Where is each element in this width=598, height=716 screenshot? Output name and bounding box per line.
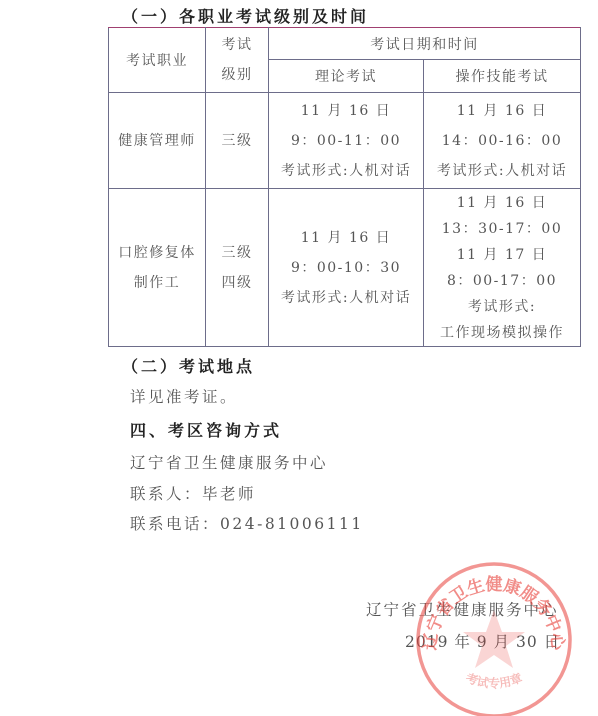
signature-date: 2019 年 9 月 30 日 (405, 630, 560, 652)
theory-cell: 11 月 16 日 9：00-10：30 考试形式:人机对话 (269, 189, 424, 347)
theory-time: 9：00-10：30 (269, 253, 423, 283)
practical-time: 13：30-17：00 (424, 216, 580, 242)
contact-phone: 联系电话：024-81006111 (130, 512, 364, 534)
practical-time: 8：00-17：00 (424, 268, 580, 294)
header-occupation: 考试职业 (109, 28, 206, 93)
theory-date: 11 月 16 日 (269, 223, 423, 253)
practical-format-value: 工作现场模拟操作 (424, 320, 580, 346)
practical-date: 11 月 16 日 (424, 96, 580, 126)
occupation-cell: 健康管理师 (109, 93, 206, 189)
svg-text:考试专用章: 考试专用章 (464, 670, 524, 691)
occupation-line: 口腔修复体 (109, 238, 205, 268)
practical-format-label: 考试形式: (424, 294, 580, 320)
theory-format: 考试形式:人机对话 (269, 156, 423, 186)
contact-person: 联系人：毕老师 (130, 482, 256, 504)
header-level: 考试 级别 (206, 28, 269, 93)
theory-date: 11 月 16 日 (269, 96, 423, 126)
practical-time: 14：00-16：00 (424, 126, 580, 156)
practical-cell: 11 月 16 日 14：00-16：00 考试形式:人机对话 (424, 93, 581, 189)
exam-schedule-table: 考试职业 考试 级别 考试日期和时间 理论考试 操作技能考试 健康管理师 三级 … (108, 27, 581, 347)
table-row: 口腔修复体 制作工 三级 四级 11 月 16 日 9：00-10：30 考试形… (109, 189, 581, 347)
occupation-line: 制作工 (109, 268, 205, 298)
practical-date: 11 月 16 日 (424, 190, 580, 216)
signature-org: 辽宁省卫生健康服务中心 (366, 598, 559, 620)
header-date-time: 考试日期和时间 (269, 28, 581, 60)
header-level-line1: 考试 (206, 30, 268, 60)
level-cell: 三级 (206, 93, 269, 189)
theory-time: 9：00-11：00 (269, 126, 423, 156)
occupation-cell: 口腔修复体 制作工 (109, 189, 206, 347)
level-line: 三级 (206, 126, 268, 156)
header-level-line2: 级别 (206, 60, 268, 90)
table-row: 健康管理师 三级 11 月 16 日 9：00-11：00 考试形式:人机对话 … (109, 93, 581, 189)
section-1-title: （一）各职业考试级别及时间 (122, 4, 369, 27)
header-theory: 理论考试 (269, 60, 424, 93)
level-line: 四级 (206, 268, 268, 298)
level-cell: 三级 四级 (206, 189, 269, 347)
theory-cell: 11 月 16 日 9：00-11：00 考试形式:人机对话 (269, 93, 424, 189)
theory-format: 考试形式:人机对话 (269, 283, 423, 313)
header-practical: 操作技能考试 (424, 60, 581, 93)
occupation-line: 健康管理师 (109, 126, 205, 156)
section-4-title: 四、考区咨询方式 (130, 418, 282, 441)
level-line: 三级 (206, 238, 268, 268)
section-2-body: 详见准考证。 (130, 385, 238, 407)
contact-org: 辽宁省卫生健康服务中心 (130, 451, 328, 473)
section-2-title: （二）考试地点 (122, 354, 255, 377)
practical-date: 11 月 17 日 (424, 242, 580, 268)
practical-cell: 11 月 16 日 13：30-17：00 11 月 17 日 8：00-17：… (424, 189, 581, 347)
practical-format: 考试形式:人机对话 (424, 156, 580, 186)
